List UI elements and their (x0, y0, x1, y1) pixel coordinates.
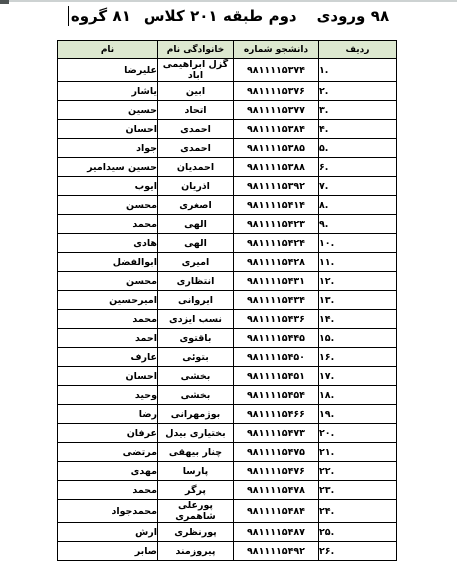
scan-edge-artifact (0, 0, 457, 2)
row-number-cell: ۲. (319, 82, 397, 101)
first-name-cell: سيدامير حسين (58, 158, 158, 177)
row-number-cell: ۱۲. (319, 272, 397, 291)
table-row: رضابوژمهرانی۹۸۱۱۱۱۵۴۶۶۱۹. (58, 405, 397, 424)
family-name-cell: پرگر (158, 481, 234, 500)
family-name-cell: باقتوی (158, 329, 234, 348)
family-name-cell: بيهقی چنار (158, 443, 234, 462)
student-id-cell: ۹۸۱۱۱۱۵۴۵۴ (234, 386, 319, 405)
row-number-cell: ۲۶. (319, 542, 397, 561)
table-row: سيدامير حسيناحمديان۹۸۱۱۱۱۵۳۸۸۶. (58, 158, 397, 177)
table-row: اميرحسينايروانی۹۸۱۱۱۱۵۴۳۴۱۳. (58, 291, 397, 310)
family-name-cell: ابين (158, 82, 234, 101)
header-family-name: نام خانوادگی (158, 41, 234, 59)
row-number-cell: ۱۵. (319, 329, 397, 348)
family-name-cell: پورعلی شاهمری (158, 500, 234, 523)
first-name-cell: هادی (58, 234, 158, 253)
row-number-cell: ۸. (319, 196, 397, 215)
first-name-cell: احسان (58, 120, 158, 139)
student-id-cell: ۹۸۱۱۱۱۵۴۷۳ (234, 424, 319, 443)
first-name-cell: عارف (58, 348, 158, 367)
header-student-id: شماره دانشجو (234, 41, 319, 59)
text-cursor (68, 6, 69, 26)
header-first-name: نام (58, 41, 158, 59)
row-number-cell: ۲۲. (319, 462, 397, 481)
first-name-cell: محمد (58, 310, 158, 329)
student-id-cell: ۹۸۱۱۱۱۵۳۸۵ (234, 139, 319, 158)
table-row: ايوباذريان۹۸۱۱۱۱۵۳۹۲۷. (58, 177, 397, 196)
table-row: عرفانبيدل بختياری۹۸۱۱۱۱۵۴۷۳۲۰. (58, 424, 397, 443)
family-name-cell: ابراهيمی گزل اباد (158, 59, 234, 82)
table-row: صابرپيروزمند۹۸۱۱۱۱۵۴۹۲۲۶. (58, 542, 397, 561)
student-id-cell: ۹۸۱۱۱۱۵۴۹۲ (234, 542, 319, 561)
first-name-cell: احسان (58, 367, 158, 386)
student-id-cell: ۹۸۱۱۱۱۵۴۳۴ (234, 291, 319, 310)
first-name-cell: ابوالفضل (58, 253, 158, 272)
table-row: حسيناتحاد۹۸۱۱۱۱۵۳۷۷۳. (58, 101, 397, 120)
table-row: وحيدبخشی۹۸۱۱۱۱۵۴۵۴۱۸. (58, 386, 397, 405)
student-id-cell: ۹۸۱۱۱۱۵۳۹۲ (234, 177, 319, 196)
first-name-cell: ياشار (58, 82, 158, 101)
table-row: محمدايزدی نسب۹۸۱۱۱۱۵۴۳۶۱۴. (58, 310, 397, 329)
row-number-cell: ۹. (319, 215, 397, 234)
first-name-cell: عليرضا (58, 59, 158, 82)
row-number-cell: ۱۸. (319, 386, 397, 405)
row-number-cell: ۷. (319, 177, 397, 196)
table-row: عليرضاابراهيمی گزل اباد۹۸۱۱۱۱۵۳۷۴۱. (58, 59, 397, 82)
family-name-cell: بخشی (158, 386, 234, 405)
header-row: نام نام خانوادگی شماره دانشجو رديف (58, 41, 397, 59)
title-intake: ورودی ۹۸ (317, 7, 389, 25)
row-number-cell: ۱۱. (319, 253, 397, 272)
student-id-cell: ۹۸۱۱۱۱۵۴۷۶ (234, 462, 319, 481)
family-name-cell: پورنظری (158, 523, 234, 542)
first-name-cell: مهدی (58, 462, 158, 481)
first-name-cell: ارش (58, 523, 158, 542)
document-page: گروه ۸۱ کلاس ۲۰۱ طبقه دوم ورودی ۹۸ نام ن… (0, 0, 457, 582)
family-name-cell: اصغری (158, 196, 234, 215)
table-row: ارشپورنظری۹۸۱۱۱۱۵۴۸۷۲۵. (58, 523, 397, 542)
title-group: گروه ۸۱ (71, 7, 131, 25)
family-name-cell: انتظاری (158, 272, 234, 291)
student-table: نام نام خانوادگی شماره دانشجو رديف عليرض… (57, 40, 397, 561)
first-name-cell: محمدجواد (58, 500, 158, 523)
family-name-cell: پارسا (158, 462, 234, 481)
row-number-cell: ۱. (319, 59, 397, 82)
row-number-cell: ۱۷. (319, 367, 397, 386)
student-id-cell: ۹۸۱۱۱۱۵۳۸۸ (234, 158, 319, 177)
table-row: محسناصغری۹۸۱۱۱۱۵۴۱۴۸. (58, 196, 397, 215)
row-number-cell: ۱۳. (319, 291, 397, 310)
family-name-cell: الهی (158, 234, 234, 253)
title-class-floor: کلاس ۲۰۱ طبقه دوم (144, 7, 297, 25)
student-id-cell: ۹۸۱۱۱۱۵۴۸۴ (234, 500, 319, 523)
scan-corner-artifact (0, 0, 9, 4)
table-row: احمدباقتوی۹۸۱۱۱۱۵۴۴۵۱۵. (58, 329, 397, 348)
family-name-cell: ايروانی (158, 291, 234, 310)
family-name-cell: احمديان (158, 158, 234, 177)
student-id-cell: ۹۸۱۱۱۱۵۴۷۵ (234, 443, 319, 462)
row-number-cell: ۲۰. (319, 424, 397, 443)
student-id-cell: ۹۸۱۱۱۱۵۴۲۸ (234, 253, 319, 272)
table-row: مهدیپارسا۹۸۱۱۱۱۵۴۷۶۲۲. (58, 462, 397, 481)
student-id-cell: ۹۸۱۱۱۱۵۴۸۷ (234, 523, 319, 542)
first-name-cell: حسين (58, 101, 158, 120)
table-row: محسنانتظاری۹۸۱۱۱۱۵۴۳۱۱۲. (58, 272, 397, 291)
table-row: هادیالهی۹۸۱۱۱۱۵۴۲۴۱۰. (58, 234, 397, 253)
family-name-cell: اتحاد (158, 101, 234, 120)
family-name-cell: احمدی (158, 139, 234, 158)
row-number-cell: ۲۴. (319, 500, 397, 523)
table-row: احسانبخشی۹۸۱۱۱۱۵۴۵۱۱۷. (58, 367, 397, 386)
family-name-cell: الهی (158, 215, 234, 234)
first-name-cell: وحيد (58, 386, 158, 405)
first-name-cell: اميرحسين (58, 291, 158, 310)
first-name-cell: محمد (58, 215, 158, 234)
family-name-cell: پيروزمند (158, 542, 234, 561)
row-number-cell: ۲۳. (319, 481, 397, 500)
first-name-cell: مرتضی (58, 443, 158, 462)
student-id-cell: ۹۸۱۱۱۱۵۳۸۴ (234, 120, 319, 139)
first-name-cell: صابر (58, 542, 158, 561)
student-id-cell: ۹۸۱۱۱۱۵۳۷۷ (234, 101, 319, 120)
family-name-cell: بتوئی (158, 348, 234, 367)
student-id-cell: ۹۸۱۱۱۱۵۴۶۶ (234, 405, 319, 424)
family-name-cell: اذريان (158, 177, 234, 196)
row-number-cell: ۲۱. (319, 443, 397, 462)
student-id-cell: ۹۸۱۱۱۱۵۳۷۴ (234, 59, 319, 82)
family-name-cell: بيدل بختياری (158, 424, 234, 443)
student-id-cell: ۹۸۱۱۱۱۵۳۷۶ (234, 82, 319, 101)
row-number-cell: ۲۵. (319, 523, 397, 542)
table-row: محمدپرگر۹۸۱۱۱۱۵۴۷۸۲۳. (58, 481, 397, 500)
page-title: گروه ۸۱ کلاس ۲۰۱ طبقه دوم ورودی ۹۸ (0, 6, 457, 26)
family-name-cell: احمدی (158, 120, 234, 139)
row-number-cell: ۴. (319, 120, 397, 139)
student-id-cell: ۹۸۱۱۱۱۵۴۲۴ (234, 234, 319, 253)
student-id-cell: ۹۸۱۱۱۱۵۴۵۱ (234, 367, 319, 386)
family-name-cell: بخشی (158, 367, 234, 386)
table-row: مرتضیبيهقی چنار۹۸۱۱۱۱۵۴۷۵۲۱. (58, 443, 397, 462)
table-row: ابوالفضلاميری۹۸۱۱۱۱۵۴۲۸۱۱. (58, 253, 397, 272)
first-name-cell: رضا (58, 405, 158, 424)
family-name-cell: ايزدی نسب (158, 310, 234, 329)
row-number-cell: ۱۶. (319, 348, 397, 367)
row-number-cell: ۳. (319, 101, 397, 120)
first-name-cell: احمد (58, 329, 158, 348)
first-name-cell: محسن (58, 196, 158, 215)
header-row-number: رديف (319, 41, 397, 59)
student-id-cell: ۹۸۱۱۱۱۵۴۷۸ (234, 481, 319, 500)
student-id-cell: ۹۸۱۱۱۱۵۴۳۱ (234, 272, 319, 291)
first-name-cell: جواد (58, 139, 158, 158)
table-row: احساناحمدی۹۸۱۱۱۱۵۳۸۴۴. (58, 120, 397, 139)
student-id-cell: ۹۸۱۱۱۱۵۴۵۰ (234, 348, 319, 367)
first-name-cell: محمد (58, 481, 158, 500)
first-name-cell: ايوب (58, 177, 158, 196)
first-name-cell: عرفان (58, 424, 158, 443)
student-id-cell: ۹۸۱۱۱۱۵۴۳۶ (234, 310, 319, 329)
student-table-body: عليرضاابراهيمی گزل اباد۹۸۱۱۱۱۵۳۷۴۱.ياشار… (58, 59, 397, 561)
table-row: ياشارابين۹۸۱۱۱۱۵۳۷۶۲. (58, 82, 397, 101)
student-id-cell: ۹۸۱۱۱۱۵۴۲۳ (234, 215, 319, 234)
row-number-cell: ۵. (319, 139, 397, 158)
table-row: محمدالهی۹۸۱۱۱۱۵۴۲۳۹. (58, 215, 397, 234)
table-row: عارفبتوئی۹۸۱۱۱۱۵۴۵۰۱۶. (58, 348, 397, 367)
row-number-cell: ۱۴. (319, 310, 397, 329)
student-id-cell: ۹۸۱۱۱۱۵۴۱۴ (234, 196, 319, 215)
row-number-cell: ۱۰. (319, 234, 397, 253)
table-row: محمدجوادپورعلی شاهمری۹۸۱۱۱۱۵۴۸۴۲۴. (58, 500, 397, 523)
student-id-cell: ۹۸۱۱۱۱۵۴۴۵ (234, 329, 319, 348)
row-number-cell: ۱۹. (319, 405, 397, 424)
table-row: جواداحمدی۹۸۱۱۱۱۵۳۸۵۵. (58, 139, 397, 158)
row-number-cell: ۶. (319, 158, 397, 177)
family-name-cell: اميری (158, 253, 234, 272)
family-name-cell: بوژمهرانی (158, 405, 234, 424)
first-name-cell: محسن (58, 272, 158, 291)
